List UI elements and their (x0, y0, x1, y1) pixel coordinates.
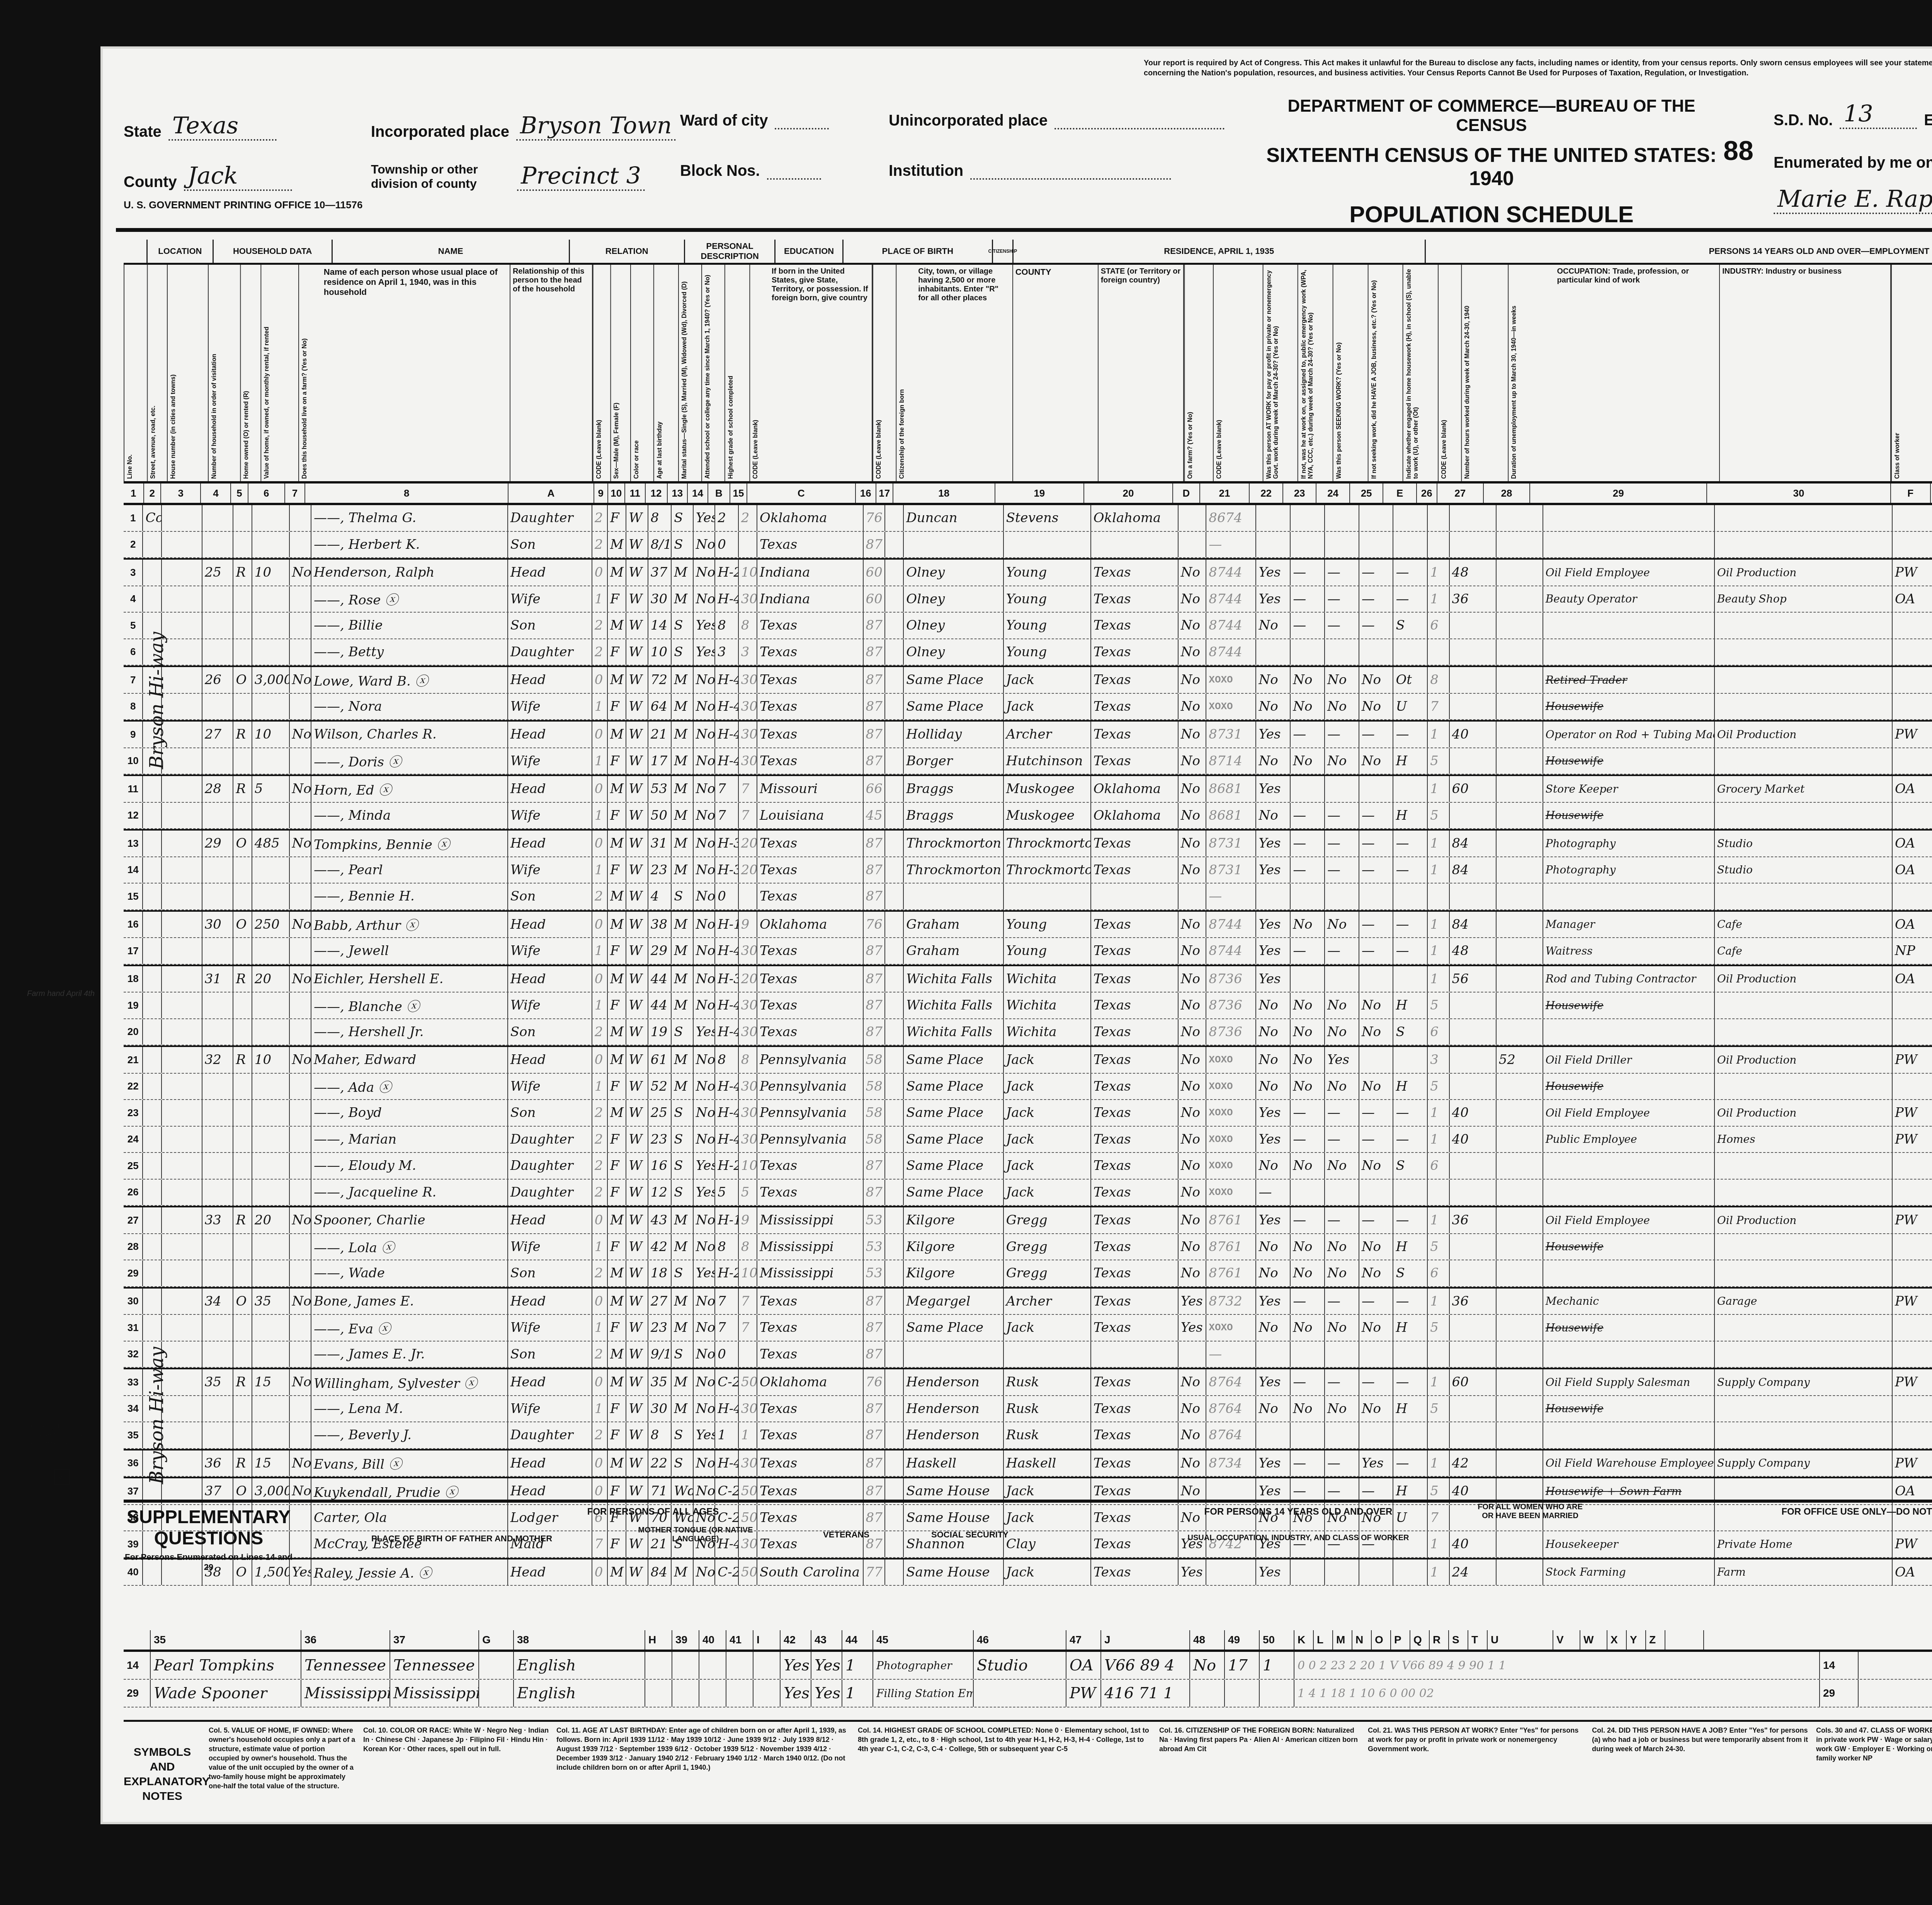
cell-own (233, 1127, 252, 1153)
cell-c22: — (1291, 1369, 1325, 1395)
cell-cd: — (1206, 532, 1256, 558)
line-number: 5 (124, 613, 143, 638)
cell-onfarm: Yes (1179, 1315, 1207, 1341)
cell-house (162, 1019, 202, 1045)
column-number: 23 (1283, 483, 1317, 503)
cell-ce: 7 (1428, 694, 1449, 720)
household-continued-checkbox[interactable]: ✓ (54, 1469, 70, 1485)
supp-cell-c48: No (1190, 1652, 1225, 1679)
supp-veterans: VETERANS (788, 1530, 904, 1540)
cell-ce: 6 (1428, 1260, 1449, 1286)
cell-onfarm: No (1179, 639, 1207, 665)
cell-cc: 87 (864, 857, 885, 883)
cell-grade: H-2 (715, 1153, 738, 1179)
table-row: 726O3,000NoLowe, Ward B. ⓧHead0MW72MNoH-… (124, 666, 1932, 694)
cell-city: Megargel (904, 1289, 1003, 1314)
cell-county: Jack (1004, 1074, 1091, 1100)
explanatory-notes: SYMBOLS AND EXPLANATORY NOTES Col. 5. VA… (124, 1720, 1932, 1822)
cell-occ (1543, 505, 1715, 531)
cell-county: Jack (1004, 1047, 1091, 1073)
cell-age: 61 (648, 1047, 672, 1073)
line-number: 35 (124, 1422, 143, 1448)
cell-state: Texas (1091, 613, 1179, 638)
cell-cd: 8674 (1206, 505, 1256, 531)
supp-column-number: 48 (1190, 1630, 1225, 1650)
supp-cell-c49 (1225, 1680, 1260, 1707)
cell-c26 (1450, 993, 1497, 1018)
cell-sex: M (608, 831, 626, 856)
cell-city: Same Place (904, 694, 1003, 720)
street-note-2: Bryson Hi-way (146, 1252, 168, 1484)
supp-cell-lang: English (514, 1652, 645, 1679)
cell-hh (202, 639, 234, 665)
column-number: 24 (1316, 483, 1350, 503)
cell-name: Henderson, Ralph (311, 560, 508, 586)
ward-label: Ward of city (680, 112, 768, 129)
cell-occ: Operator on Rod + Tubing Machine (1543, 722, 1715, 747)
cell-name: ——, Beverly J. (311, 1422, 508, 1448)
cell-county: Young (1004, 938, 1091, 964)
cell-cd: 8714 (1206, 748, 1256, 774)
table-row: 1128R5NoHorn, Ed ⓧHead0MW53MNo77Missouri… (124, 775, 1932, 803)
incorporated-field: Incorporated place Bryson Town (371, 112, 676, 141)
cell-c24: — (1359, 613, 1394, 638)
cell-cit (885, 1260, 904, 1286)
cell-grade: C-2 (715, 1369, 738, 1395)
cell-farm: No (290, 667, 311, 693)
cell-c27 (1497, 884, 1543, 909)
cell-cit (885, 560, 904, 586)
cell-c21: No (1256, 748, 1291, 774)
cell-att: Yes (694, 613, 715, 638)
supp-birthplace-parents: PLACE OF BIRTH OF FATHER AND MOTHER (301, 1534, 622, 1544)
cell-c26 (1450, 884, 1497, 909)
cell-house (162, 1369, 202, 1395)
cell-c21: No (1256, 1396, 1291, 1422)
cell-c21: No (1256, 1153, 1291, 1179)
cell-sex: M (608, 1342, 626, 1367)
cell-cls (1893, 884, 1932, 909)
cell-hh (202, 505, 234, 531)
cell-cit (885, 639, 904, 665)
cell-rel: Son (508, 1100, 592, 1126)
supp-women: FOR ALL WOMEN WHO ARE OR HAVE BEEN MARRI… (1476, 1503, 1584, 1520)
cell-mar: M (672, 1074, 693, 1100)
cell-state: Texas (1091, 857, 1179, 883)
column-number: 6 (248, 483, 285, 503)
cell-ind (1715, 993, 1893, 1018)
cell-hh (202, 1422, 234, 1448)
cell-age: 16 (648, 1153, 672, 1179)
cell-age: 64 (648, 694, 672, 720)
cell-rel: Son (508, 1260, 592, 1286)
column-number: C (747, 483, 856, 503)
cell-value (252, 1100, 290, 1126)
supp-rows: 14Pearl TompkinsTennesseeTennesseeEnglis… (124, 1652, 1932, 1708)
cell-ca: 0 (592, 776, 608, 802)
cell-state: Texas (1091, 993, 1179, 1018)
line-number: 20 (124, 1019, 143, 1045)
cell-cls (1893, 1180, 1932, 1205)
supp-cell-c48 (1190, 1680, 1225, 1707)
cell-c27 (1497, 532, 1543, 558)
cell-cc: 87 (864, 1315, 885, 1341)
cell-ind: Studio (1715, 857, 1893, 883)
cell-c22 (1291, 884, 1325, 909)
note-col11: Col. 11. AGE AT LAST BIRTHDAY: Enter age… (556, 1726, 850, 1772)
cell-c21: Yes (1256, 912, 1291, 938)
cell-cit (885, 966, 904, 992)
cell-own (233, 884, 252, 909)
cell-c25: Ot (1393, 667, 1428, 693)
cell-occ: Mechanic (1543, 1289, 1715, 1314)
header-divider (116, 228, 1932, 232)
cell-c21: No (1256, 613, 1291, 638)
cell-occ (1543, 1153, 1715, 1179)
title-block: DEPARTMENT OF COMMERCE—BUREAU OF THE CEN… (1260, 97, 1723, 228)
cell-cls (1893, 1234, 1932, 1260)
cell-sex: F (608, 803, 626, 829)
cell-occ (1543, 1260, 1715, 1286)
cell-c24 (1359, 884, 1394, 909)
supp-cell-c40 (699, 1652, 726, 1679)
cell-occ: Housewife (1543, 803, 1715, 829)
cell-c24: — (1359, 857, 1394, 883)
table-row: 8——, NoraWife1FW64MNoH-430Texas87Same Pl… (124, 694, 1932, 720)
cell-ca: 2 (592, 1342, 608, 1367)
cell-c23 (1325, 532, 1359, 558)
cell-cb: 7 (739, 776, 757, 802)
cell-sex: M (608, 1047, 626, 1073)
supp-cell-mother: Mississippi (390, 1680, 479, 1707)
cell-occ: Public Employee (1543, 1127, 1715, 1153)
institution-label: Institution (889, 162, 963, 180)
cell-cb: 1 (739, 1422, 757, 1448)
cell-c21: Yes (1256, 1100, 1291, 1126)
cell-mar: M (672, 748, 693, 774)
cell-c25: S (1393, 1153, 1428, 1179)
cell-cc: 76 (864, 505, 885, 531)
line-number: 4 (124, 586, 143, 612)
cell-ce: 3 (1428, 1047, 1449, 1073)
enumerator-name: Marie E. Raper (1774, 186, 1932, 214)
cell-c26 (1450, 667, 1497, 693)
cell-race: W (626, 505, 648, 531)
cell-ca: 2 (592, 1100, 608, 1126)
cell-county: Jack (1004, 1153, 1091, 1179)
column-number: E (1383, 483, 1417, 503)
cell-c27 (1497, 1234, 1543, 1260)
cell-own (233, 1342, 252, 1367)
cell-city: Same Place (904, 1153, 1003, 1179)
cell-mar: S (672, 1153, 693, 1179)
cell-sex: F (608, 857, 626, 883)
group-education: EDUCATION (776, 240, 843, 263)
cell-att: No (694, 1234, 715, 1260)
cell-cls: OA (1893, 966, 1932, 992)
cell-cc: 60 (864, 560, 885, 586)
cell-c25: — (1393, 1100, 1428, 1126)
cell-county: Jack (1004, 1315, 1091, 1341)
cell-ind (1715, 1422, 1893, 1448)
cell-cit (885, 1315, 904, 1341)
cell-c22: No (1291, 667, 1325, 693)
cell-value (252, 1260, 290, 1286)
cell-hh (202, 1074, 234, 1100)
cell-name: Wilson, Charles R. (311, 722, 508, 747)
cell-street (143, 1207, 162, 1233)
cell-value (252, 884, 290, 909)
cell-value (252, 1422, 290, 1448)
column-number: 5 (231, 483, 248, 503)
cell-c21: Yes (1256, 1127, 1291, 1153)
cell-cb: 30 (739, 1396, 757, 1422)
cell-own: R (233, 966, 252, 992)
cell-farm: No (290, 1207, 311, 1233)
cell-cit (885, 1450, 904, 1476)
cell-birth: Texas (757, 993, 863, 1018)
cell-onfarm: No (1179, 966, 1207, 992)
cell-ca: 2 (592, 884, 608, 909)
cell-ind: Homes (1715, 1127, 1893, 1153)
cell-onfarm: No (1179, 1180, 1207, 1205)
cell-att: No (694, 938, 715, 964)
cell-sex: M (608, 912, 626, 938)
cell-att: Yes (694, 1019, 715, 1045)
cell-value: 20 (252, 1207, 290, 1233)
cell-c27: 52 (1497, 1047, 1543, 1073)
cell-name: ——, Marian (311, 1127, 508, 1153)
cell-c24 (1359, 776, 1394, 802)
supp-column-number: R (1430, 1630, 1449, 1650)
cell-c21 (1256, 884, 1291, 909)
cell-farm (290, 748, 311, 774)
cell-city: Kilgore (904, 1234, 1003, 1260)
supp-column-number: L (1314, 1630, 1333, 1650)
cell-rel: Daughter (508, 505, 592, 531)
supp-cell-c49: 17 (1225, 1652, 1260, 1679)
cell-att: No (694, 1074, 715, 1100)
cell-name: Tompkins, Bennie ⓧ (311, 831, 508, 856)
column-number: 26 (1417, 483, 1437, 503)
cell-birth: Texas (757, 1396, 863, 1422)
cell-race: W (626, 1180, 648, 1205)
supp-column-number: 38 (514, 1630, 645, 1650)
cell-c26 (1450, 1342, 1497, 1367)
cell-house (162, 1153, 202, 1179)
cell-farm (290, 694, 311, 720)
cell-state: Texas (1091, 1315, 1179, 1341)
cell-farm (290, 1342, 311, 1367)
cell-mar: M (672, 1289, 693, 1314)
cell-cls: PW (1893, 1047, 1932, 1073)
cell-farm (290, 1234, 311, 1260)
cell-cit (885, 993, 904, 1018)
cell-grade: H-4 (715, 1100, 738, 1126)
sd-field: S.D. No. 13 E.D. No. 119-6 (1774, 100, 1932, 129)
cell-cb: 30 (739, 722, 757, 747)
column-number: B (708, 483, 730, 503)
cell-ca: 0 (592, 1369, 608, 1395)
supp-column-number: P (1391, 1630, 1410, 1650)
cell-grade: H-1 (715, 912, 738, 938)
cell-c22 (1291, 776, 1325, 802)
cell-age: 10 (648, 639, 672, 665)
cell-cls: PW (1893, 722, 1932, 747)
cell-grade: H-4 (715, 993, 738, 1018)
cell-sex: F (608, 1180, 626, 1205)
cell-race: W (626, 1422, 648, 1448)
cell-grade: H-4 (715, 586, 738, 612)
cell-sex: F (608, 1234, 626, 1260)
cell-cls: PW (1893, 1289, 1932, 1314)
supp-cell-c39 (672, 1652, 699, 1679)
cell-county: Young (1004, 613, 1091, 638)
cell-grade: H-4 (715, 694, 738, 720)
cell-cls (1893, 993, 1932, 1018)
cell-ce: 6 (1428, 613, 1449, 638)
cell-hh (202, 884, 234, 909)
cell-ca: 0 (592, 1047, 608, 1073)
supp-column-number: Q (1410, 1630, 1430, 1650)
stamp-88: 88 (1723, 135, 1753, 166)
cell-c21: Yes (1256, 1289, 1291, 1314)
cell-onfarm: No (1179, 857, 1207, 883)
cell-onfarm: No (1179, 1074, 1207, 1100)
col-header-res-state: STATE (or Territory or foreign country) (1099, 265, 1184, 481)
supp-cell-c50: 1 (1260, 1652, 1294, 1679)
column-number: 19 (995, 483, 1084, 503)
cell-farm (290, 1074, 311, 1100)
cell-att: No (694, 1342, 715, 1367)
cell-city: Same Place (904, 1127, 1003, 1153)
sd-label: S.D. No. (1774, 112, 1833, 129)
cell-rel: Wife (508, 586, 592, 612)
cell-onfarm: No (1179, 1153, 1207, 1179)
cell-c25 (1393, 1180, 1428, 1205)
line-number: 6 (124, 639, 143, 665)
table-row: 24——, MarianDaughter2FW23SNoH-430Pennsyl… (124, 1127, 1932, 1153)
cell-state: Texas (1091, 748, 1179, 774)
cell-occ: Housewife (1543, 1396, 1715, 1422)
cell-c21: No (1256, 1234, 1291, 1260)
cell-birth: Indiana (757, 560, 863, 586)
cell-own (233, 748, 252, 774)
cell-occ: Oil Field Driller (1543, 1047, 1715, 1073)
confidentiality-notice: Your report is required by Act of Congre… (1144, 58, 1932, 78)
cell-own (233, 1019, 252, 1045)
cell-c22: No (1291, 993, 1325, 1018)
col-header: On a farm? (Yes or No) (1184, 265, 1213, 481)
cell-ce: 5 (1428, 1396, 1449, 1422)
cell-city: Braggs (904, 803, 1003, 829)
note-col14: Col. 14. HIGHEST GRADE OF SCHOOL COMPLET… (858, 1726, 1151, 1753)
col-header: Highest grade of school completed (724, 265, 749, 481)
cell-state: Texas (1091, 938, 1179, 964)
cell-county: Wichita (1004, 1019, 1091, 1045)
cell-age: 37 (648, 560, 672, 586)
cell-occ: Photography (1543, 831, 1715, 856)
cell-c23: No (1325, 1396, 1359, 1422)
cell-c25: — (1393, 1450, 1428, 1476)
cell-c23 (1325, 776, 1359, 802)
cell-c22: No (1291, 1396, 1325, 1422)
supp-column-number: 50 (1260, 1630, 1294, 1650)
cell-value (252, 1074, 290, 1100)
cell-value (252, 694, 290, 720)
cell-farm (290, 1180, 311, 1205)
cell-cc: 87 (864, 1422, 885, 1448)
cell-name: Babb, Arthur ⓧ (311, 912, 508, 938)
table-row: 23——, BoydSon2MW25SNoH-430Pennsylvania58… (124, 1100, 1932, 1127)
cell-c26 (1450, 1180, 1497, 1205)
cell-rel: Head (508, 831, 592, 856)
cell-rel: Head (508, 1369, 592, 1395)
cell-ce: 1 (1428, 1100, 1449, 1126)
cell-cb: 30 (739, 1019, 757, 1045)
cell-cd: XOXO (1206, 1047, 1256, 1073)
cell-sex: M (608, 532, 626, 558)
cell-rel: Daughter (508, 1180, 592, 1205)
cell-c24: — (1359, 1369, 1394, 1395)
cell-city: Kilgore (904, 1260, 1003, 1286)
note-col21: Col. 21. WAS THIS PERSON AT WORK? Enter … (1368, 1726, 1584, 1753)
cell-occ: Photography (1543, 857, 1715, 883)
col-header: CODE (Leave blank) (593, 265, 610, 481)
cell-c27 (1497, 748, 1543, 774)
cell-hh: 33 (202, 1207, 234, 1233)
cell-c24: — (1359, 831, 1394, 856)
line-number: 28 (124, 1234, 143, 1260)
cell-att: No (694, 1127, 715, 1153)
cell-occ (1543, 532, 1715, 558)
cell-city: Olney (904, 613, 1003, 638)
township-value: Precinct 3 (517, 162, 645, 191)
cell-city: Borger (904, 748, 1003, 774)
cell-c25: — (1393, 1127, 1428, 1153)
cell-onfarm: No (1179, 1260, 1207, 1286)
cell-ca: 0 (592, 560, 608, 586)
supp-column-number: X (1607, 1630, 1627, 1650)
cell-name: ——, Boyd (311, 1100, 508, 1126)
cell-hh (202, 532, 234, 558)
supp-usual-occ: USUAL OCCUPATION, INDUSTRY, AND CLASS OF… (1128, 1534, 1468, 1542)
cell-birth: Mississippi (757, 1207, 863, 1233)
cell-c22: — (1291, 938, 1325, 964)
cell-house (162, 532, 202, 558)
cell-rel: Wife (508, 1234, 592, 1260)
cell-c25: S (1393, 1260, 1428, 1286)
cell-birth: Missouri (757, 776, 863, 802)
table-row: 4——, Rose ⓧWife1FW30MNoH-430Indiana60Oln… (124, 586, 1932, 613)
supp-cell-line: 29 (124, 1680, 151, 1707)
person-rows: 1Cont'd——, Thelma G.Daughter2FW8SYes22Ok… (124, 505, 1932, 1586)
column-number: 28 (1484, 483, 1530, 503)
cell-city: Same Place (904, 1315, 1003, 1341)
cell-birth: Mississippi (757, 1234, 863, 1260)
cell-house (162, 1315, 202, 1341)
cell-c27 (1497, 1074, 1543, 1100)
cell-own (233, 1234, 252, 1260)
cell-value (252, 803, 290, 829)
cell-birth: Texas (757, 1180, 863, 1205)
cell-ind: Oil Production (1715, 560, 1893, 586)
cell-c21: No (1256, 803, 1291, 829)
cell-c26 (1450, 748, 1497, 774)
cell-cls (1893, 505, 1932, 531)
cell-cc: 53 (864, 1234, 885, 1260)
line-number: 22 (124, 1074, 143, 1100)
